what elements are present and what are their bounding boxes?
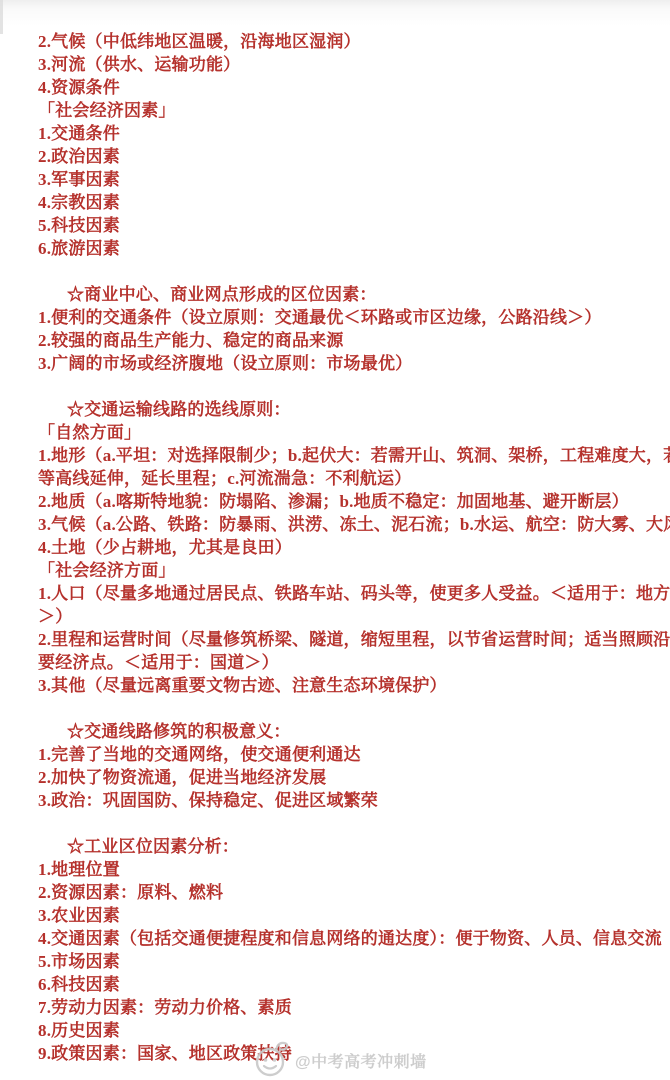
- text-line: 4.交通因素（包括交通便捷程度和信息网络的通达度）：便于物资、人员、信息交流: [38, 927, 660, 950]
- text-line: 3.其他（尽量远离重要文物古迹、注意生态环境保护）: [38, 674, 660, 697]
- text-line: 1.便利的交通条件（设立原则：交通最优＜环路或市区边缘，公路沿线＞）: [38, 306, 660, 329]
- text-line: 3.政治：巩固国防、保持稳定、促进区域繁荣: [38, 789, 660, 812]
- scan-edge-artifact: [0, 0, 3, 34]
- watermark: @中考高考冲刺墙: [254, 1038, 427, 1080]
- watermark-handle: @中考高考冲刺墙: [295, 1049, 427, 1072]
- section-heading-line: ☆交通运输线路的选线原则：: [38, 398, 660, 421]
- text-line: 6.旅游因素: [38, 237, 660, 260]
- text-line: 1.地理位置: [38, 858, 660, 881]
- text-line: 「社会经济因素」: [38, 99, 660, 122]
- section-heading-line: ☆商业中心、商业网点形成的区位因素：: [38, 283, 660, 306]
- text-line: 1.地形（a.平坦：对选择限制少；b.起伏大：若需开山、筑洞、架桥，工程难度大，…: [38, 444, 660, 467]
- text-line: 2.加快了物资流通，促进当地经济发展: [38, 766, 660, 789]
- section-heading-line: ☆交通线路修筑的积极意义：: [38, 720, 660, 743]
- text-line: 要经济点。＜适用于：国道＞）: [38, 651, 660, 674]
- text-line: 「社会经济方面」: [38, 559, 660, 582]
- text-line: 2.资源因素：原料、燃料: [38, 881, 660, 904]
- document-lines: 2.气候（中低纬地区温暖，沿海地区湿润）3.河流（供水、运输功能）4.资源条件「…: [38, 30, 660, 1065]
- notes-page: 2.气候（中低纬地区温暖，沿海地区湿润）3.河流（供水、运输功能）4.资源条件「…: [0, 0, 670, 1080]
- text-line: 6.科技因素: [38, 973, 660, 996]
- text-line: 4.土地（少占耕地，尤其是良田）: [38, 536, 660, 559]
- text-line: 等高线延伸，延长里程；c.河流湍急：不利航运）: [38, 467, 660, 490]
- text-line: 1.人口（尽量多地通过居民点、铁路车站、码头等，使更多人受益。＜适用于：地方公路: [38, 582, 660, 605]
- text-line: 3.河流（供水、运输功能）: [38, 53, 660, 76]
- smiley-face-logo-icon: [254, 1038, 290, 1080]
- text-line: 4.资源条件: [38, 76, 660, 99]
- text-line: 2.气候（中低纬地区温暖，沿海地区湿润）: [38, 30, 660, 53]
- text-line: 3.广阔的市场或经济腹地（设立原则：市场最优）: [38, 352, 660, 375]
- text-line: 3.气候（a.公路、铁路：防暴雨、洪涝、冻土、泥石流；b.水运、航空：防大雾、大…: [38, 513, 660, 536]
- text-line: 「自然方面」: [38, 421, 660, 444]
- text-line: 1.交通条件: [38, 122, 660, 145]
- text-line: 2.地质（a.喀斯特地貌：防塌陷、渗漏；b.地质不稳定：加固地基、避开断层）: [38, 490, 660, 513]
- text-line: 5.市场因素: [38, 950, 660, 973]
- text-line: 4.宗教因素: [38, 191, 660, 214]
- text-line: 3.军事因素: [38, 168, 660, 191]
- scan-band-artifact: [0, 0, 670, 26]
- text-line: 1.完善了当地的交通网络，使交通便利通达: [38, 743, 660, 766]
- text-line: ＞）: [38, 605, 660, 628]
- text-line: 3.农业因素: [38, 904, 660, 927]
- text-line: 2.较强的商品生产能力、稳定的商品来源: [38, 329, 660, 352]
- text-line: 7.劳动力因素：劳动力价格、素质: [38, 996, 660, 1019]
- section-heading-line: ☆工业区位因素分析：: [38, 835, 660, 858]
- text-line: 2.政治因素: [38, 145, 660, 168]
- text-line: 5.科技因素: [38, 214, 660, 237]
- text-line: 2.里程和运营时间（尽量修筑桥梁、隧道，缩短里程，以节省运营时间；适当照顾沿线重: [38, 628, 660, 651]
